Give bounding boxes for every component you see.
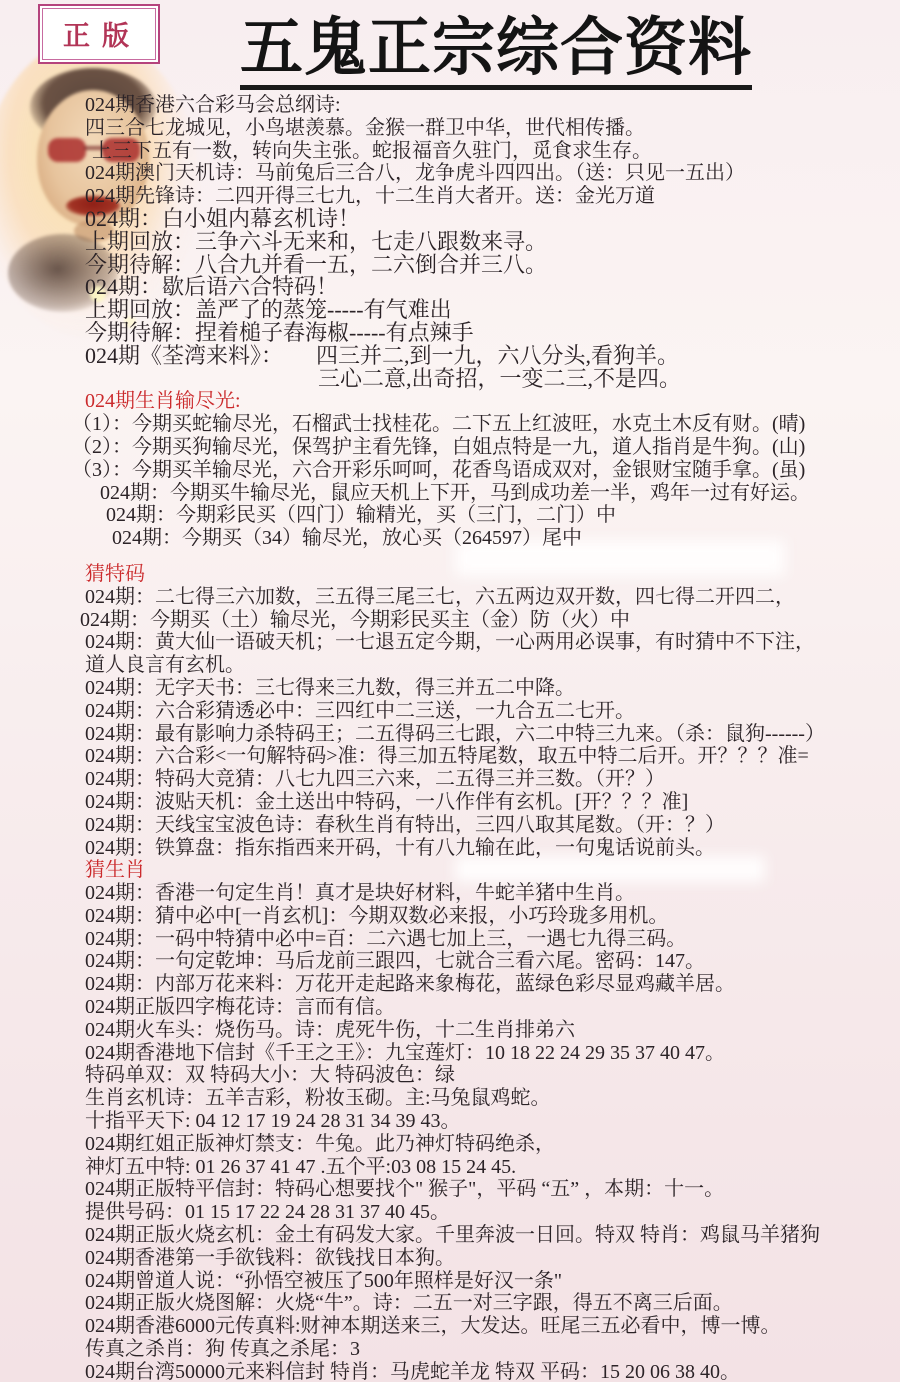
- text-line: 四三合七龙城见，小鸟堪羡慕。金猴一群卫中华，世代相传播。: [85, 117, 900, 140]
- text-line: 024期：白小姐内幕玄机诗！: [85, 208, 900, 231]
- text-line: 今期待解：捏着槌子舂海椒-----有点辣手: [85, 322, 900, 345]
- text-line: 024期：今期彩民买（四门）输精光，买（三门，二门）中: [106, 504, 900, 527]
- text-line: 024期：内部万花来料：万花开走起路来象梅花，蓝绿色彩尽显鸡藏羊居。: [85, 973, 900, 996]
- text-line: 024期香港6000元传真料:财神本期送来三，大发达。旺尾三五必看中，博一博。: [85, 1315, 900, 1338]
- text-line: 上期回放：盖严了的蒸笼-----有气难出: [85, 299, 900, 322]
- text-line: 024期：歇后语六合特码！: [85, 276, 900, 299]
- text-line: 024期：今期买（土）输尽光，今期彩民买主（金）防（火）中: [80, 609, 900, 632]
- text-line: 024期红姐正版神灯禁支：牛兔。此乃神灯特码绝杀，: [85, 1133, 900, 1156]
- text-line: 024期：今期买牛输尽光，鼠应天机上下开，马到成功差一半，鸡年一过有好运。: [100, 482, 900, 505]
- text-line: 上三下五有一数，转向失主张。蛇报福音久驻门，觅食求生存。: [92, 140, 900, 163]
- text-line: 024期正版火烧玄机：金土有码发大家。千里奔波一日回。特双 特肖：鸡鼠马羊猪狗: [85, 1224, 900, 1247]
- text-line: （2）：今期买狗输尽光，保驾护主看先锋，白姐点特是一九，道人指肖是牛狗。(山): [72, 436, 900, 459]
- text-line: 024期：六合彩猜透必中：三四红中二三送，一九合五二七开。: [85, 700, 900, 723]
- text-line: 024期：一码中特猜中必中=百：二六遇七加上三，一遇七九得三码。: [85, 928, 900, 951]
- page-title: 五鬼正宗综合资料: [240, 14, 752, 90]
- text-line: （1）：今期买蛇输尽光，石榴武士找桂花。二下五上红波旺，水克土木反有财。(晴): [72, 413, 900, 436]
- text-line: 024期：波贴天机：金土送出中特码，一八作伴有玄机。[开？？？准]: [85, 791, 900, 814]
- text-line: 024期澳门天机诗：马前兔后三合八，龙争虎斗四四出。（送：只见一五出）: [85, 162, 900, 185]
- text-line: 024期香港第一手欲钱料：欲钱找日本狗。: [85, 1247, 900, 1270]
- text-line: 024期香港地下信封《千王之王》：九宝莲灯：10 18 22 24 29 35 …: [85, 1042, 900, 1065]
- content-lines: 024期香港六合彩马会总纲诗:四三合七龙城见，小鸟堪羡慕。金猴一群卫中华，世代相…: [0, 94, 900, 1382]
- text-line: 024期台湾50000元来料信封 特肖：马虎蛇羊龙 特双 平码：15 20 06…: [85, 1361, 900, 1382]
- text-line: 024期正版火烧图解：火烧“牛”。诗：二五一对三字跟，得五不离三后面。: [85, 1292, 900, 1315]
- lottery-tip-sheet: 正版 五鬼正宗综合资料 024期香港六合彩马会总纲诗:四三合七龙城见，小鸟堪羡慕…: [0, 0, 900, 1382]
- text-line: 024期：铁算盘：指东指西来开码，十有八九输在此，一句鬼话说前头。: [85, 837, 900, 860]
- text-line: 上期回放：三争六斗无来和，七走八跟数来寻。: [85, 231, 900, 254]
- authentic-badge-frame: 正版: [42, 8, 156, 60]
- text-line: 024期先锋诗：二四开得三七九，十二生肖大者开。送：金光万道: [85, 185, 900, 208]
- text-line: 024期：天线宝宝波色诗：春秋生肖有特出，三四八取其尾数。（开：？）: [85, 814, 900, 837]
- text-line: 提供号码：01 15 17 22 24 28 31 37 40 45。: [85, 1201, 900, 1224]
- text-line: 十指平天下: 04 12 17 19 24 28 31 34 39 43。: [85, 1110, 900, 1133]
- text-line: 神灯五中特: 01 26 37 41 47 .五个平:03 08 15 24 4…: [85, 1156, 900, 1179]
- text-line: 024期香港六合彩马会总纲诗:: [85, 94, 900, 117]
- text-line: 024期正版四字梅花诗：言而有信。: [85, 996, 900, 1019]
- text-line: 024期火车头：烧伤马。诗：虎死牛伤，十二生肖排弟六: [85, 1019, 900, 1042]
- authentic-badge-label: 正版: [63, 21, 141, 51]
- authentic-badge: 正版: [38, 4, 160, 64]
- text-line: 024期正版特平信封：特码心想要找个" 猴子"，平码 “五” ，本期：十一。: [85, 1178, 900, 1201]
- text-line: 024期《荃湾来料》： 四三并二,到一九，六八分头,看狗羊。: [85, 345, 900, 368]
- text-line: 024期：黄大仙一语破天机；一七退五定今期，一心两用必误事，有时猜中不下注，: [85, 631, 900, 654]
- text-line: （3）：今期买羊输尽光，六合开彩乐呵呵，花香鸟语成双对，金银财宝随手拿。(虽): [72, 459, 900, 482]
- text-line: 024期：最有影响力杀特码王；二五得码三七跟，六二中特三九来。（杀：鼠狗----…: [85, 723, 900, 746]
- text-line: 024期：香港一句定生肖！真才是块好材料，牛蛇羊猪中生肖。: [85, 882, 900, 905]
- text-line: 024期：今期买（34）输尽光，放心买（264597）尾中: [112, 527, 900, 550]
- text-line: 024期：无字天书：三七得来三九数，得三并五二中降。: [85, 677, 900, 700]
- section-header: 猜生肖: [85, 859, 900, 882]
- text-line: 024期：猜中必中[一肖玄机]：今期双数必来报，小巧玲珑多用机。: [85, 905, 900, 928]
- text-line: 024期曾道人说：“孙悟空被压了500年照样是好汉一条": [85, 1270, 900, 1293]
- text-line: 三心二意,出奇招，一变二三,不是四。: [318, 368, 900, 391]
- text-line: 道人良言有玄机。: [85, 654, 900, 677]
- text-line: 特码单双：双 特码大小：大 特码波色：绿: [85, 1064, 900, 1087]
- text-line: 024期：特码大竞猜：八七九四三六来，二五得三并三数。（开？）: [85, 768, 900, 791]
- text-line: 024期：一句定乾坤：马后龙前三跟四，七就合三看六尾。密码：147。: [85, 950, 900, 973]
- section-header: 024期生肖输尽光:: [85, 390, 900, 413]
- text-line: 传真之杀肖：狗 传真之杀尾：3: [85, 1338, 900, 1361]
- section-header: 猜特码: [85, 563, 900, 586]
- text-line: 024期：二七得三六加数，三五得三尾三七，六五两边双开数，四七得二开四二，: [85, 586, 900, 609]
- text-line: 024期：六合彩<一句解特码>准：得三加五特尾数，取五中特二后开。开？？？准=: [85, 745, 900, 768]
- text-line: 生肖玄机诗：五羊吉彩，粉妆玉砌。主:马兔鼠鸡蛇。: [85, 1087, 900, 1110]
- text-line: 今期待解：八合九并看一五，二六倒合并三八。: [85, 254, 900, 277]
